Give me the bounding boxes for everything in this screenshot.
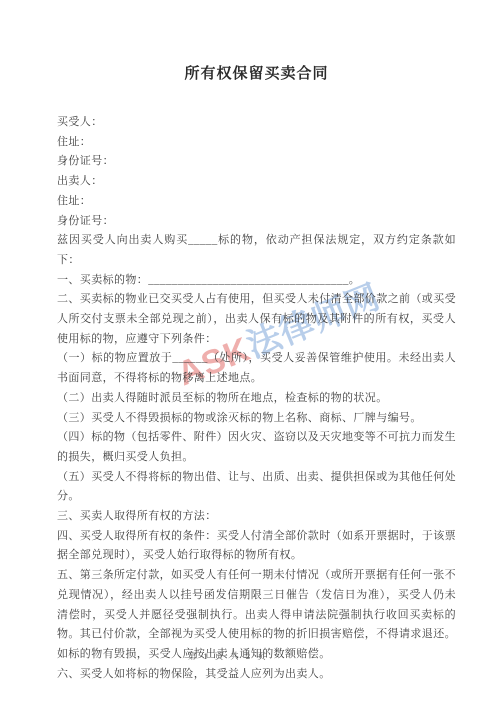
party-field-buyer-address: 住址： [57,133,456,153]
document-content: 所有权保留买卖合同 买受人： 住址： 身份证号： 出卖人： 住址： 身份证号： … [57,0,456,684]
party-field-seller: 出卖人： [57,172,456,192]
contract-clause-6: 六、买受人如将标的物保险，其受益人应列为出卖人。 [57,665,456,685]
document-title: 所有权保留买卖合同 [57,0,456,83]
contract-document-page: ASK法律师网 所有权保留买卖合同 买受人： 住址： 身份证号： 出卖人： 住址… [0,0,500,706]
contract-intro: 兹因买受人向出卖人购买_____标的物，依动产担保法规定，双方约定条款如下： [57,231,456,270]
party-field-buyer: 买受人： [57,113,456,133]
contract-clause-3: 三、买卖人取得所有权的方法： [57,507,456,527]
page-number-indicator: 第 1 页 共 2 页 [0,650,456,662]
contract-clause-1: 一、买卖标的物：________________________________… [57,271,456,291]
contract-clause-2-item-4: （四）标的物（包括零件、附件）因火灾、盗窃以及天灾地变等不可抗力而发生的损失，概… [57,428,456,467]
contract-clause-2-item-2: （二）出卖人得随时派员至标的物所在地点，检查标的物的状况。 [57,389,456,409]
contract-clause-2: 二、买卖标的物业已交买受人占有使用，但买受人未付清全部价款之前（或买受人所交付支… [57,290,456,349]
document-body: 买受人： 住址： 身份证号： 出卖人： 住址： 身份证号： 兹因买受人向出卖人购… [57,113,456,684]
contract-clause-2-item-5: （五）买受人不得将标的物出借、让与、出质、出卖、提供担保或为其他任何处分。 [57,468,456,507]
contract-clause-2-item-1: （一）标的物应置放于______（处所），买受人妥善保管维护使用。未经出卖人书面… [57,349,456,388]
party-field-buyer-id-number: 身份证号： [57,152,456,172]
party-field-seller-id-number: 身份证号： [57,212,456,232]
contract-clause-4: 四、买受人取得所有权的条件：买受人付清全部价款时（如系开票据时，于该票据全部兑现… [57,527,456,566]
party-field-seller-address: 住址： [57,192,456,212]
contract-clause-2-item-3: （三）买受人不得毁损标的物或涂灭标的物上名称、商标、厂牌与编号。 [57,409,456,429]
